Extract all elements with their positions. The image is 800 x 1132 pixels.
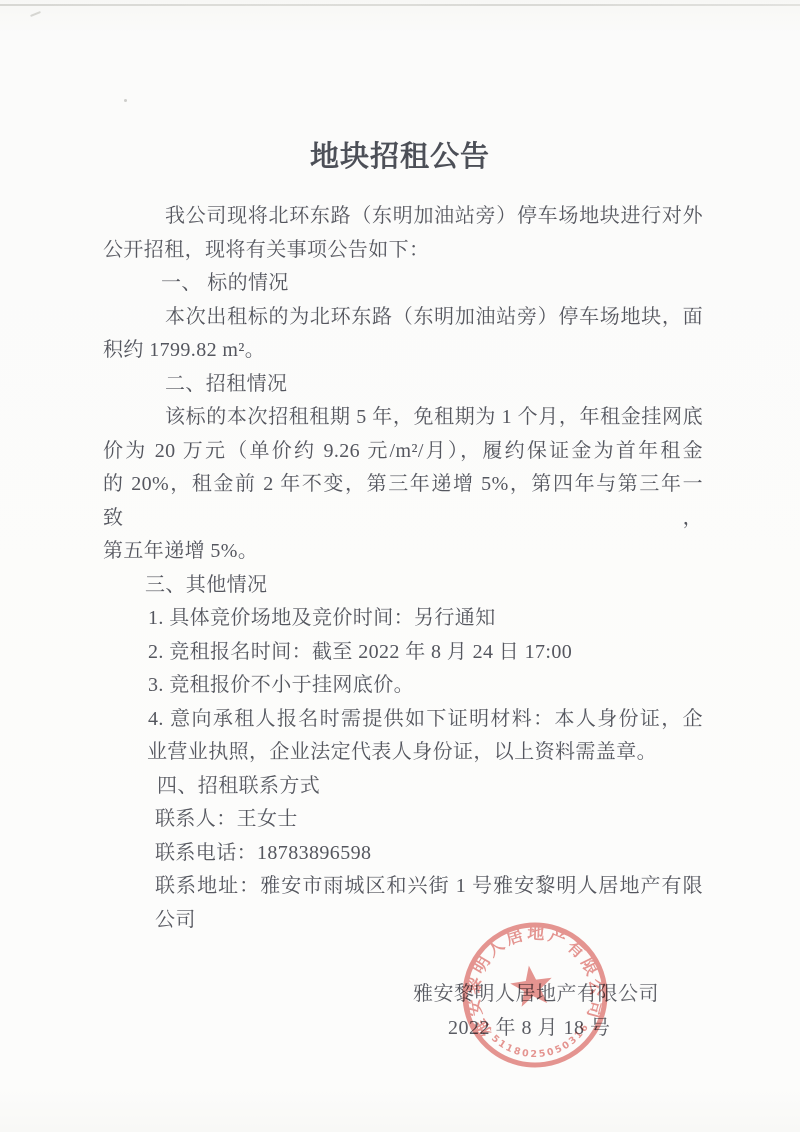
contact-address-line: 联系地址：雅安市雨城区和兴街 1 号雅安黎明人居地产有限 (103, 870, 703, 904)
contact-phone-line: 联系电话：18783896598 (103, 837, 703, 871)
list-item: 2. 竞租报名时间：截至 2022 年 8 月 24 日 17:00 (103, 636, 703, 670)
body-line: 我公司现将北环东路（东明加油站旁）停车场地块进行对外 (103, 200, 703, 234)
body-line: 该标的本次招租租期 5 年，免租期为 1 个月，年租金挂网底 (103, 401, 703, 435)
list-item: 4. 意向承租人报名时需提供如下证明材料：本人身份证，企 (103, 703, 703, 737)
body-line: 本次出租标的为北环东路（东明加油站旁）停车场地块，面 (103, 301, 703, 335)
section-heading: 二、招租情况 (103, 368, 703, 402)
scan-artifact-speck (30, 11, 41, 17)
contact-person-line: 联系人：王女士 (103, 803, 703, 837)
section-heading: 三、其他情况 (103, 569, 703, 603)
signature-date: 2022 年 8 月 18 号 (448, 1011, 611, 1040)
body-line: 的 20%，租金前 2 年不变，第三年递增 5%，第四年与第三年一致， (103, 468, 703, 535)
signature-company-name: 雅安黎明人居地产有限公司 (413, 977, 659, 1006)
contact-address-continuation: 公司 (103, 904, 703, 938)
section-heading: 一、 标的情况 (103, 267, 703, 301)
list-item: 3. 竞租报价不小于挂网底价。 (103, 669, 703, 703)
scan-artifact-speck (124, 99, 127, 102)
section-heading: 四、招租联系方式 (103, 770, 703, 804)
body-line: 价为 20 万元（单价约 9.26 元/m²/月），履约保证金为首年租金 (103, 435, 703, 469)
document-body: 我公司现将北环东路（东明加油站旁）停车场地块进行对外 公开招租，现将有关事项公告… (103, 200, 703, 937)
body-line: 积约 1799.82 m²。 (103, 334, 703, 368)
body-line: 第五年递增 5%。 (103, 535, 703, 569)
page-title: 地块招租公告 (0, 134, 800, 175)
list-item: 1. 具体竞价场地及竞价时间：另行通知 (103, 602, 703, 636)
scanned-document-page: 地块招租公告 我公司现将北环东路（东明加油站旁）停车场地块进行对外 公开招租，现… (0, 0, 800, 1132)
scan-artifact-top-line (0, 4, 800, 6)
body-line: 公开招租，现将有关事项公告如下： (103, 234, 703, 268)
list-item-continuation: 业营业执照，企业法定代表人身份证，以上资料需盖章。 (103, 736, 703, 770)
